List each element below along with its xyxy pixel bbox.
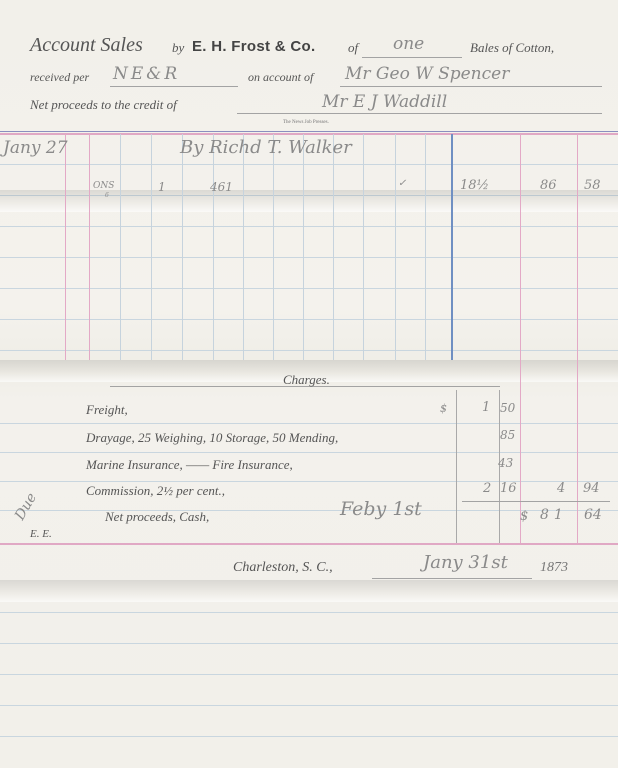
total-charges-dollars: 4 [557,481,565,496]
on-account-of-label: on account of [248,70,313,85]
account-sales-document: Account Sales by E. H. Frost & Co. of on… [0,0,618,768]
place-label: Charleston, S. C., [233,560,333,576]
grid-line [0,481,618,482]
column-line [425,134,426,360]
bale-sub-mark: 6 [105,192,109,199]
on-account-of-line [340,86,602,87]
column-line-blue [451,134,453,360]
grid-line [0,736,618,737]
ledger-top-rule [0,131,618,132]
column-line [151,134,152,360]
column-line [120,134,121,360]
by-label: by [172,40,184,56]
grid-line [0,164,618,165]
grid-line [0,452,618,453]
freight-dollars: 1 [482,400,490,415]
net-proceeds-cents: 64 [584,507,602,523]
net-proceeds-credit-line [237,113,602,114]
charge-insurance-label: Marine Insurance, —— Fire Insurance, [86,457,293,473]
charges-column-line [456,390,457,544]
grid-line [0,423,618,424]
amount-dollars: 86 [540,178,557,193]
bale-weight: 461 [210,180,233,194]
charges-heading: Charges. [283,372,330,388]
column-line [89,134,90,360]
bale-quantity: 1 [158,180,166,194]
freight-cents: 50 [500,401,515,415]
grid-line [0,226,618,227]
grid-line [0,288,618,289]
paper-fold [0,580,618,602]
column-line-pink [520,134,521,544]
charge-commission-label: Commission, 2½ per cent., [86,483,225,499]
received-per-line [110,86,238,87]
column-line [333,134,334,360]
dollar-sign: $ [440,402,447,415]
bales-count-line [362,57,462,58]
check-mark: ✓ [398,178,406,189]
grid-line [0,257,618,258]
column-line [303,134,304,360]
paper-fold [0,190,618,212]
grid-line [0,350,618,351]
column-line [395,134,396,360]
column-line [243,134,244,360]
net-proceeds-credit-value: Mr E J Waddill [322,92,447,112]
of-label: of [348,40,358,56]
price-per-pound: 18½ [460,178,489,193]
grid-line [0,612,618,613]
charge-drayage-label: Drayage, 25 Weighing, 10 Storage, 50 Men… [86,430,338,446]
statement-year: 1873 [540,560,568,576]
date-line [372,578,532,579]
commission-cents: 16 [500,481,517,496]
drayage-cents: 85 [500,428,515,442]
column-line [273,134,274,360]
sale-date: Jany 27 [3,138,68,158]
column-line-pink [577,134,578,544]
margin-note-due: Due [12,490,40,523]
received-per-value: NE&R [113,64,180,84]
grid-line [0,674,618,675]
printer-imprint: The News Job Presses. [283,120,329,125]
buyer-name: By Richd T. Walker [180,137,352,158]
bales-count: one [393,34,424,54]
charge-freight-label: Freight, [86,402,128,418]
grid-line [0,643,618,644]
ledger-top-rule-pink [0,133,618,135]
received-per-label: received per [30,70,89,85]
column-line [182,134,183,360]
ledger-bottom-rule [0,543,618,545]
clerk-initials: E. E. [30,528,52,540]
bales-of-cotton-label: Bales of Cotton, [470,40,554,56]
firm-name: E. H. Frost & Co. [192,38,315,55]
total-rule [462,501,610,502]
bale-mark: ONS [93,181,114,191]
total-charges-cents: 94 [583,481,600,496]
net-dollar-sign: $ [520,509,528,524]
commission-dollars: 2 [483,481,491,496]
statement-date: Jany 31st [423,552,508,573]
paid-date: Feby 1st [340,498,422,520]
column-line [363,134,364,360]
net-proceeds-dollars: 81 [540,507,568,523]
on-account-of-value: Mr Geo W Spencer [345,64,509,84]
title-account-sales: Account Sales [30,34,143,57]
grid-line [0,319,618,320]
net-proceeds-cash-label: Net proceeds, Cash, [105,509,209,525]
insurance-cents: 43 [498,456,513,470]
grid-line [0,705,618,706]
net-proceeds-credit-label: Net proceeds to the credit of [30,97,177,113]
column-line [65,134,66,360]
amount-cents: 58 [584,178,601,193]
column-line [213,134,214,360]
